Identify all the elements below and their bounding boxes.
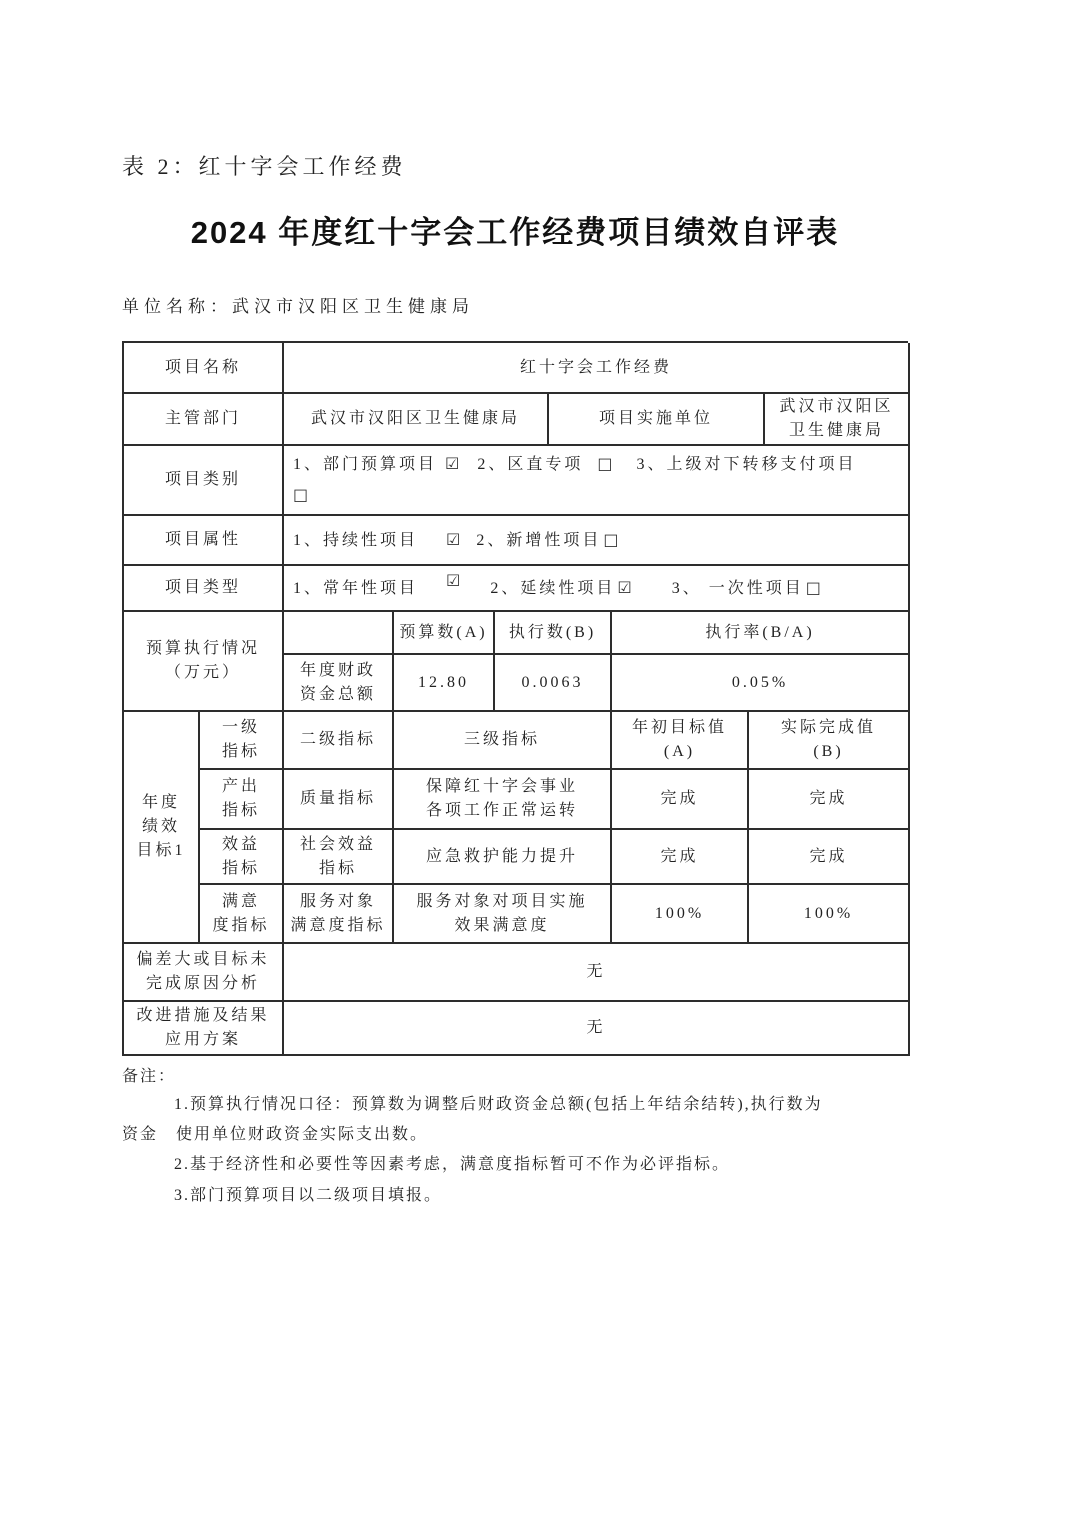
project-name-value: 红十字会工作经费	[284, 343, 910, 394]
implement-unit-label: 项目实施单位	[549, 394, 765, 446]
deviation-label: 偏差大或目标未 完成原因分析	[124, 944, 284, 1002]
checkbox-unchecked-icon: □	[603, 530, 618, 549]
type-options-inner: 1、常年性项目☑2、延续性项目☑3、 一次性项目□	[293, 573, 821, 604]
perf-row-lvl3: 保障红十字会事业 各项工作正常运转	[394, 770, 612, 830]
perf-row-actual: 100%	[749, 885, 910, 944]
perf-header-lvl1: 一级 指标	[200, 712, 284, 770]
perf-row-target: 完成	[612, 830, 749, 885]
budget-col-rate-header: 执行率(B/A)	[612, 612, 910, 655]
checkbox-checked-icon: ☑	[446, 571, 460, 590]
project-name-label: 项目名称	[124, 343, 284, 394]
perf-header-lvl3: 三级指标	[394, 712, 612, 770]
notes-title: 备注：	[122, 1064, 908, 1090]
budget-section-label: 预算执行情况 （万元）	[124, 612, 284, 712]
department-value: 武汉市汉阳区卫生健康局	[284, 394, 549, 446]
perf-row-lvl1: 效益 指标	[200, 830, 284, 885]
perf-row-lvl2: 质量指标	[284, 770, 394, 830]
implement-unit-value: 武汉市汉阳区 卫生健康局	[765, 394, 910, 446]
type-option-2: 2、延续性项目☑	[490, 580, 631, 597]
perf-row-target: 完成	[612, 770, 749, 830]
unit-name: 单位名称：武汉市汉阳区卫生健康局	[122, 292, 908, 317]
type-options: 1、常年性项目☑2、延续性项目☑3、 一次性项目□	[284, 566, 910, 612]
attribute-options: 1、持续性项目☑2、新增性项目□	[284, 516, 910, 566]
option-label: 1、持续性项目	[293, 532, 418, 549]
perf-row-lvl3: 应急救护能力提升	[394, 830, 612, 885]
option-label: 2、延续性项目	[490, 580, 615, 597]
perf-header-actual: 实际完成值 (B)	[749, 712, 910, 770]
perf-header-lvl2: 二级指标	[284, 712, 394, 770]
perf-header-target: 年初目标值 (A)	[612, 712, 749, 770]
checkbox-unchecked-icon: □	[806, 578, 821, 597]
budget-rate-value: 0.05%	[612, 655, 910, 712]
evaluation-table: 项目名称 红十字会工作经费 主管部门 武汉市汉阳区卫生健康局 项目实施单位 武汉…	[122, 341, 908, 1056]
note-item-1: 1.预算执行情况口径：预算数为调整后财政资金总额(包括上年结余结转),执行数为 …	[122, 1090, 908, 1151]
note-item-3: 3.部门预算项目以二级项目填报。	[122, 1181, 908, 1211]
type-label: 项目类型	[124, 566, 284, 612]
perf-row-target: 100%	[612, 885, 749, 944]
perf-row-lvl1: 满意 度指标	[200, 885, 284, 944]
budget-b-value: 0.0063	[495, 655, 612, 712]
page-title: 2024 年度红十字会工作经费项目绩效自评表	[122, 207, 908, 252]
type-option-3: 3、 一次性项目□	[672, 580, 821, 597]
deviation-value: 无	[284, 944, 910, 1002]
table-label: 表 2：红十字会工作经费	[122, 150, 908, 181]
checkbox-unchecked-icon: □	[597, 454, 612, 473]
option-label: 2、区直专项	[477, 456, 583, 473]
option-label: 1、部门预算项目	[293, 456, 437, 473]
option-label: 3、上级对下转移支付项目	[637, 456, 857, 473]
category-options: 1、部门预算项目☑2、区直专项□3、上级对下转移支付项目□	[284, 446, 910, 516]
perf-row-lvl1: 产出 指标	[200, 770, 284, 830]
note-item-2: 2.基于经济性和必要性等因素考虑，满意度指标暂可不作为必评指标。	[122, 1150, 908, 1180]
budget-a-value: 12.80	[394, 655, 495, 712]
category-option-1: 1、部门预算项目☑	[293, 456, 459, 473]
perf-row-actual: 完成	[749, 770, 910, 830]
category-options-inner: 1、部门预算项目☑2、区直专项□3、上级对下转移支付项目□	[293, 449, 857, 511]
checkbox-checked-icon: ☑	[445, 454, 459, 473]
budget-col-a-header: 预算数(A)	[394, 612, 495, 655]
perf-row-lvl2: 服务对象 满意度指标	[284, 885, 394, 944]
budget-blank-cell	[284, 612, 394, 655]
perf-row-actual: 完成	[749, 830, 910, 885]
attribute-label: 项目属性	[124, 516, 284, 566]
improvement-label: 改进措施及结果 应用方案	[124, 1002, 284, 1056]
category-option-2: 2、区直专项□	[477, 456, 612, 473]
type-option-1: 1、常年性项目☑	[293, 580, 460, 597]
performance-section-label: 年度 绩效 目标1	[124, 712, 200, 944]
checkbox-unchecked-icon: □	[293, 485, 308, 504]
checkbox-checked-icon: ☑	[446, 530, 460, 549]
improvement-value: 无	[284, 1002, 910, 1056]
option-label: 1、常年性项目	[293, 580, 418, 597]
option-label: 2、新增性项目	[476, 532, 601, 549]
checkbox-checked-icon: ☑	[617, 578, 631, 597]
department-label: 主管部门	[124, 394, 284, 446]
category-label: 项目类别	[124, 446, 284, 516]
budget-row-label: 年度财政 资金总额	[284, 655, 394, 712]
perf-row-lvl3: 服务对象对项目实施 效果满意度	[394, 885, 612, 944]
document-page: 表 2：红十字会工作经费 2024 年度红十字会工作经费项目绩效自评表 单位名称…	[0, 0, 1069, 1211]
perf-row-lvl2: 社会效益 指标	[284, 830, 394, 885]
attribute-option-1: 1、持续性项目☑	[293, 532, 460, 549]
option-label: 3、 一次性项目	[672, 580, 804, 597]
notes-section: 备注： 1.预算执行情况口径：预算数为调整后财政资金总额(包括上年结余结转),执…	[122, 1064, 908, 1211]
budget-col-b-header: 执行数(B)	[495, 612, 612, 655]
attribute-option-2: 2、新增性项目□	[476, 532, 618, 549]
attribute-options-inner: 1、持续性项目☑2、新增性项目□	[293, 525, 619, 556]
